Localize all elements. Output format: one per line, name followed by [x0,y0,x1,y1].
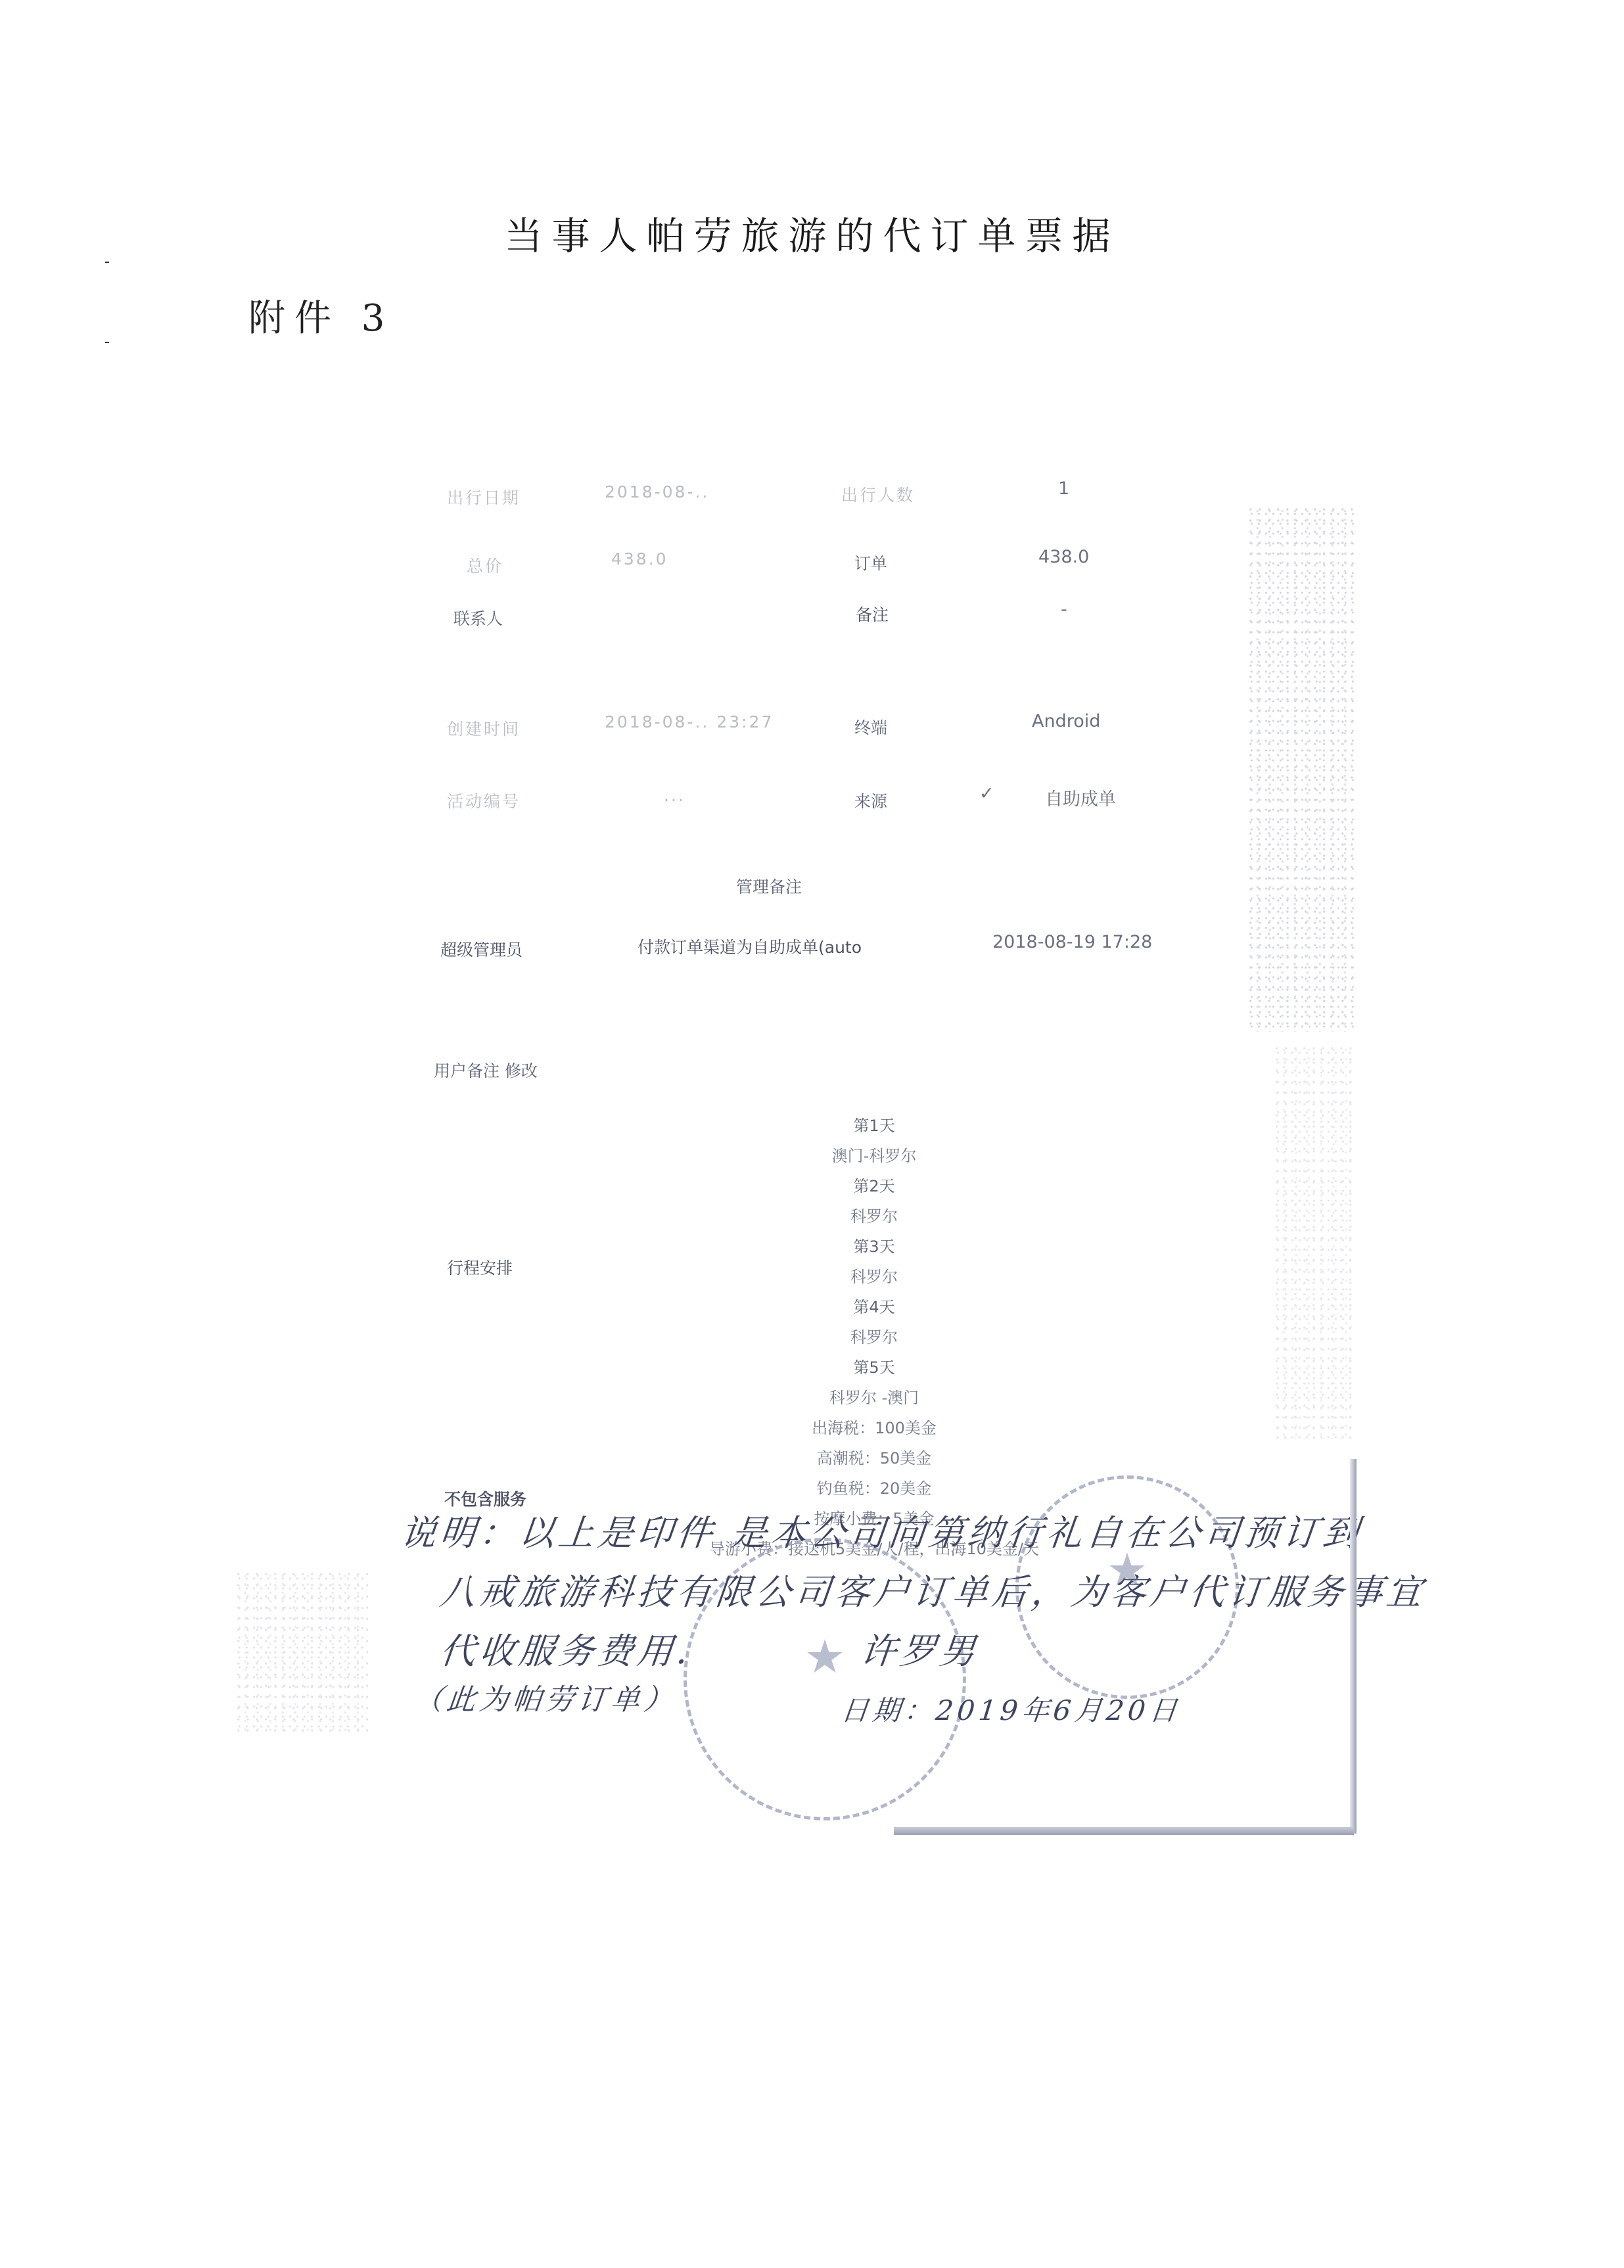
user-remark-label: 用户备注 修改 [434,1058,538,1082]
field-label-traveler-count: 出行人数 [841,482,915,506]
scan-noise [1249,506,1354,1032]
itinerary-line: 科罗尔 [690,1322,1058,1353]
scan-noise [237,1571,368,1735]
field-label-activity-id: 活动编号 [447,789,521,812]
admin-remark-content: 付款订单渠道为自助成单(auto [638,935,862,958]
handwritten-note-line: 代收服务费用. [438,1623,695,1674]
field-value-created-time: 2018-08-.. 23:27 [605,712,774,731]
admin-remark-heading: 管理备注 [736,874,802,898]
itinerary-line: 科罗尔 [690,1262,1058,1292]
field-label-total: 总价 [467,553,503,577]
excluded-line: 高潮税：50美金 [690,1443,1058,1473]
handwritten-date: 日期：2019年6月20日 [839,1689,1183,1728]
itinerary-line: 第1天 [690,1111,1058,1141]
field-label-order: 订单 [854,551,887,574]
field-value-activity-id: ... [664,786,685,805]
itinerary-line: 第3天 [690,1232,1058,1262]
field-label-source: 来源 [854,789,887,812]
check-mark-icon: ✓ [979,783,994,804]
handwritten-note-line: （此为帕劳订单） [412,1676,680,1718]
itinerary-line: 第5天 [690,1353,1058,1383]
field-label-contact: 联系人 [453,606,503,630]
star-icon: ★ [804,1630,846,1684]
admin-remark-role: 超级管理员 [440,937,522,961]
handwritten-note-line: 说明：以上是印件 是本公司向第纳行礼自在公司预订到 [398,1505,1365,1556]
field-label-created-time: 创建时间 [447,716,521,740]
field-value-traveler-count: 1 [1058,478,1069,499]
itinerary-line: 科罗尔 -澳门 [690,1383,1058,1413]
document-title: 当事人帕劳旅游的代订单票据 [0,205,1624,260]
itinerary-line: 澳门-科罗尔 [690,1141,1058,1171]
handwritten-signature: 许罗男 [858,1623,982,1674]
itinerary-line: 科罗尔 [690,1201,1058,1232]
margin-mark [105,262,109,263]
field-value-source: 自助成单 [1045,785,1116,810]
scan-noise [1275,1045,1354,1439]
itinerary-list: 第1天 澳门-科罗尔 第2天 科罗尔 第3天 科罗尔 第4天 科罗尔 第5天 科… [690,1111,1058,1564]
excluded-line: 钓鱼税：20美金 [690,1473,1058,1504]
field-label-remark: 备注 [856,602,889,626]
field-value-order: 438.0 [1038,547,1089,567]
field-value-terminal: Android [1032,711,1100,731]
excluded-line: 出海税：100美金 [690,1413,1058,1443]
itinerary-line: 第4天 [690,1292,1058,1322]
margin-mark [105,342,109,343]
field-value-travel-date: 2018-08-.. [605,482,709,501]
scan-edge [894,1827,1354,1835]
scanned-order-receipt: 出行日期 2018-08-.. 出行人数 1 总价 438.0 订单 438.0… [407,453,1354,1840]
field-value-total: 438.0 [611,549,668,568]
itinerary-line: 第2天 [690,1171,1058,1201]
scan-edge [1350,1459,1357,1834]
field-label-terminal: 终端 [854,715,887,739]
attachment-label: 附件 3 [248,289,394,342]
admin-remark-time: 2018-08-19 17:28 [992,932,1152,952]
handwritten-note-line: 八戒旅游科技有限公司客户订单后，为客户代订服务事宜 [438,1564,1429,1615]
field-label-travel-date: 出行日期 [447,485,521,509]
itinerary-label: 行程安排 [447,1255,513,1279]
field-value-remark: - [1061,599,1067,620]
